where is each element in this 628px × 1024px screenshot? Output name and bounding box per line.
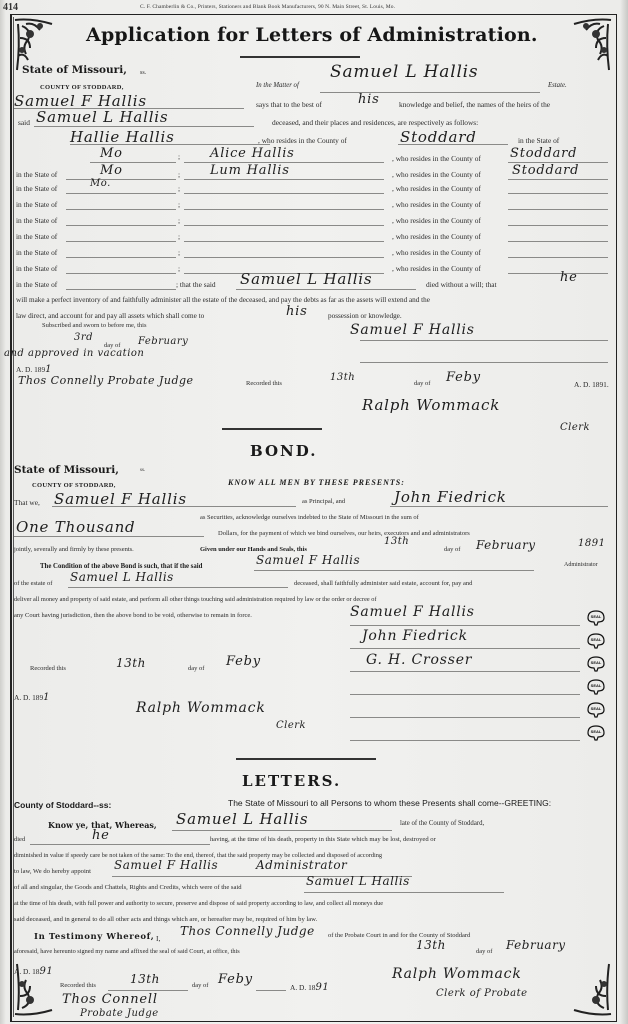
seal-label: SEAL xyxy=(586,706,606,711)
resides-text: , who resides in the County of xyxy=(258,136,347,145)
deceased-text: deceased, and their places and residence… xyxy=(272,118,478,127)
sworn-month: February xyxy=(138,336,188,347)
matter-line xyxy=(320,92,540,93)
died-text: died without a will; that xyxy=(426,280,497,289)
dollars-text: Dollars, for the payment of which we bin… xyxy=(218,530,470,537)
document-title: Application for Letters of Administratio… xyxy=(86,24,538,46)
ornament-bottom-right-icon xyxy=(568,962,614,1018)
state-of-text: in the State of xyxy=(16,264,57,273)
letters-county: County of Stoddard--ss: xyxy=(14,800,111,810)
state-of-text: in the State of xyxy=(16,280,57,289)
possession-text: possession or knowledge. xyxy=(328,312,402,320)
testimony-judge: Thos Connelly Judge xyxy=(180,924,315,938)
bond-signature-principal: Samuel F Hallis xyxy=(350,604,475,620)
resides-text: , who resides in the County of xyxy=(392,184,481,193)
estate-label: Estate. xyxy=(548,82,567,89)
vacation-note: and approved in vacation xyxy=(4,348,144,359)
letters-recorded-day: 13th xyxy=(130,972,160,986)
county-line xyxy=(398,144,508,145)
died-label: died xyxy=(14,836,25,843)
title-rule xyxy=(240,56,360,58)
that-we-label: That we, xyxy=(14,498,40,507)
testimony-i: I, xyxy=(156,934,160,943)
letters-heading: LETTERS. xyxy=(242,772,341,790)
seal-icon: SEAL xyxy=(586,633,606,649)
semicolon: ; xyxy=(178,264,180,273)
resides-text: , who resides in the County of xyxy=(392,200,481,209)
seal-label: SEAL xyxy=(586,729,606,734)
bond-signature-surety-1: John Fiedrick xyxy=(362,628,468,644)
seal-label: SEAL xyxy=(586,660,606,665)
state-line xyxy=(66,179,176,180)
bond-recorded-day: 13th xyxy=(116,656,146,670)
administrator-label: Administrator xyxy=(564,562,598,568)
pronoun-his: his xyxy=(358,92,380,107)
inventory-text: will make a perfect inventory of and fai… xyxy=(16,296,430,304)
recorded-month: Feby xyxy=(446,370,481,385)
seal-label: SEAL xyxy=(586,637,606,642)
state-of-text: in the State of xyxy=(16,184,57,193)
securities-text: as Securities, acknowledge ourselves ind… xyxy=(200,514,419,521)
recorded-text: Recorded this xyxy=(246,380,282,387)
letters-appointee-role: Administrator xyxy=(256,858,347,872)
heir-state-4: Mo. xyxy=(90,178,111,189)
law-text: law direct, and account for and pay all … xyxy=(16,312,204,320)
semicolon: ; xyxy=(178,200,180,209)
letters-deceased: Samuel L Hallis xyxy=(176,810,308,828)
said-label: said xyxy=(18,118,30,127)
letters-recorded-ad: A. D. 18 xyxy=(290,983,315,992)
bond-recorded-month: Feby xyxy=(226,654,261,669)
bond-signature-surety-2: G. H. Crosser xyxy=(366,652,472,668)
bond-recorded-day-of: day of xyxy=(188,665,204,672)
condition-text: The Condition of the above Bond is such,… xyxy=(40,563,202,570)
seal-label: SEAL xyxy=(586,614,606,619)
ad-text: A. D. 189 xyxy=(16,365,45,374)
section-divider xyxy=(236,758,376,760)
letters-recorded-month: Feby xyxy=(218,972,253,987)
resides-text: , who resides in the County of xyxy=(392,264,481,273)
died-name-line xyxy=(236,289,416,290)
given-year: 1891 xyxy=(578,538,605,549)
letters-month: February xyxy=(506,938,566,952)
heir-line xyxy=(70,144,270,145)
judge-signature: Thos Connelly Probate Judge xyxy=(18,374,194,387)
resides-text: , who resides in the County of xyxy=(392,248,481,257)
bond-state: State of Missouri, xyxy=(14,464,119,476)
ss-label: ss. xyxy=(140,70,146,76)
deliver-text: deliver all money and property of said e… xyxy=(14,596,376,603)
deceased-line xyxy=(34,126,254,127)
seal-label: SEAL xyxy=(586,683,606,688)
recorded-year: A. D. 1891. xyxy=(574,380,609,389)
testimony-label: In Testimony Whereof, xyxy=(34,932,154,942)
given-day: 13th xyxy=(384,536,409,547)
letters-clerk-title: Clerk of Probate xyxy=(436,988,528,999)
letters-clerk-signature: Ralph Wommack xyxy=(392,966,522,982)
given-text: Given under our Hands and Seals, this xyxy=(200,546,307,553)
court-text: any Court having jurisdiction, then the … xyxy=(14,612,252,619)
matter-label: In the Matter of xyxy=(256,82,299,89)
section-divider xyxy=(222,428,322,430)
letters-recorded-year: 91 xyxy=(315,982,329,993)
time-text: at the time of his death, with full powe… xyxy=(14,900,383,907)
bond-sum: One Thousand xyxy=(16,518,135,536)
day-of-text: day of xyxy=(414,380,430,387)
resides-text: , who resides in the County of xyxy=(392,170,481,179)
administrator-pronoun: he xyxy=(560,270,578,285)
goods-text: of all and singular, the Goods and Chatt… xyxy=(14,884,242,891)
testimony-court: of the Probate Court in and for the Coun… xyxy=(328,932,470,939)
seal-icon: SEAL xyxy=(586,679,606,695)
letters-appointee: Samuel F Hallis xyxy=(114,858,218,872)
sworn-day: 3rd xyxy=(74,332,93,343)
letters-ad-year: 91 xyxy=(39,966,53,977)
heir-state-2: Mo xyxy=(100,146,123,161)
recorded-day: 13th xyxy=(330,372,355,383)
printer-line: C. F. Chamberlin & Co., Printers, Statio… xyxy=(140,4,395,10)
aforesaid-text: aforesaid, have hereunto signed my name … xyxy=(14,948,240,955)
state-of-text: in the State of xyxy=(518,136,559,145)
letters-judge-signature: Thos Connell xyxy=(62,992,158,1007)
semicolon: ; xyxy=(178,232,180,241)
heir-state-3: Mo xyxy=(100,163,123,178)
application-clerk-signature: Ralph Wommack xyxy=(362,396,500,414)
page-number: 414 xyxy=(3,2,18,13)
state-of-text: in the State of xyxy=(16,248,57,257)
semicolon: ; xyxy=(178,170,180,179)
died-value: he xyxy=(92,828,110,843)
state-of-text: in the State of xyxy=(16,232,57,241)
letters-day-of: day of xyxy=(476,948,492,955)
heir-name-3: Lum Hallis xyxy=(210,163,290,178)
application-clerk-title: Clerk xyxy=(560,422,590,433)
sworn-text: Subscribed and sworn to before me, this xyxy=(42,322,147,329)
letters-recorded-text: Recorded this xyxy=(60,982,96,989)
semicolon: ; xyxy=(178,216,180,225)
that-said-text: ; that the said xyxy=(176,280,216,289)
bond-recorded-text: Recorded this xyxy=(30,665,66,672)
semicolon: ; xyxy=(178,248,180,257)
know-all-men: KNOW ALL MEN BY THESE PRESENTS: xyxy=(228,478,405,487)
knowledge-text: knowledge and belief, the names of the h… xyxy=(399,100,550,109)
semicolon: ; xyxy=(178,184,180,193)
resides-text: , who resides in the County of xyxy=(392,216,481,225)
given-day-of: day of xyxy=(444,546,460,553)
says-text: says that to the best of xyxy=(256,100,322,109)
heir-county-2: Stoddard xyxy=(510,146,577,161)
bond-heading: BOND. xyxy=(250,442,317,460)
heir-name-2: Alice Hallis xyxy=(210,146,295,161)
county-line xyxy=(508,179,608,180)
state-of-text: in the State of xyxy=(16,170,57,179)
seal-icon: SEAL xyxy=(586,610,606,626)
letters-day: 13th xyxy=(416,938,446,952)
estate-of-text: of the estate of xyxy=(14,580,52,587)
bond-county: COUNTY OF STODDARD, xyxy=(32,482,116,489)
letters-recorded-day-of: day of xyxy=(192,982,208,989)
bond-ss: ss. xyxy=(140,468,145,473)
resides-text: , who resides in the County of xyxy=(392,154,481,163)
jointly-text: jointly, severally and firmly by these p… xyxy=(14,546,134,553)
matter-name: Samuel L Hallis xyxy=(330,62,478,82)
seal-icon: SEAL xyxy=(586,725,606,741)
bond-clerk-title: Clerk xyxy=(276,720,306,731)
principal-text: as Principal, and xyxy=(302,498,345,505)
semicolon: ; xyxy=(178,152,180,161)
having-text: having, at the time of his death, proper… xyxy=(210,836,436,843)
bond-ad-text: A. D. 189 xyxy=(14,693,43,702)
possession-pronoun: his xyxy=(286,304,308,319)
estate-of-name: Samuel L Hallis xyxy=(70,570,174,584)
letters-greeting: The State of Missouri to all Persons to … xyxy=(228,798,551,808)
bond-securities: John Fiedrick xyxy=(394,488,507,506)
letters-judge-title: Probate Judge xyxy=(80,1008,159,1019)
seal-icon: SEAL xyxy=(586,702,606,718)
appoint-text: to law, We do hereby appoint xyxy=(14,868,91,875)
application-county: COUNTY OF STODDARD, xyxy=(40,84,124,91)
heir-county-3: Stoddard xyxy=(512,163,579,178)
seal-icon: SEAL xyxy=(586,656,606,672)
died-name: Samuel L Hallis xyxy=(240,270,372,288)
resides-text: , who resides in the County of xyxy=(392,232,481,241)
state-of-text: in the State of xyxy=(16,200,57,209)
deceased-name: Samuel L Hallis xyxy=(36,108,168,126)
applicant-signature: Samuel F Hallis xyxy=(350,322,475,338)
faithfully-text: deceased, shall faithfully administer sa… xyxy=(294,580,472,587)
late-text: late of the County of Stoddard, xyxy=(400,820,484,827)
application-state: State of Missouri, xyxy=(22,64,127,76)
bond-clerk-signature: Ralph Wommack xyxy=(136,700,266,716)
ornament-top-right-icon xyxy=(568,16,614,72)
document-page: 414 C. F. Chamberlin & Co., Printers, St… xyxy=(0,0,628,1024)
letters-deceased-text: said deceased, and in general to do all … xyxy=(14,916,317,923)
name-line xyxy=(184,179,384,180)
bond-ad-year: 1 xyxy=(43,692,50,703)
letters-ad-text: A. D. 18 xyxy=(14,967,39,976)
bond-administrator: Samuel F Hallis xyxy=(256,553,360,567)
state-of-text: in the State of xyxy=(16,216,57,225)
given-month: February xyxy=(476,538,536,552)
goods-name: Samuel L Hallis xyxy=(306,874,410,888)
